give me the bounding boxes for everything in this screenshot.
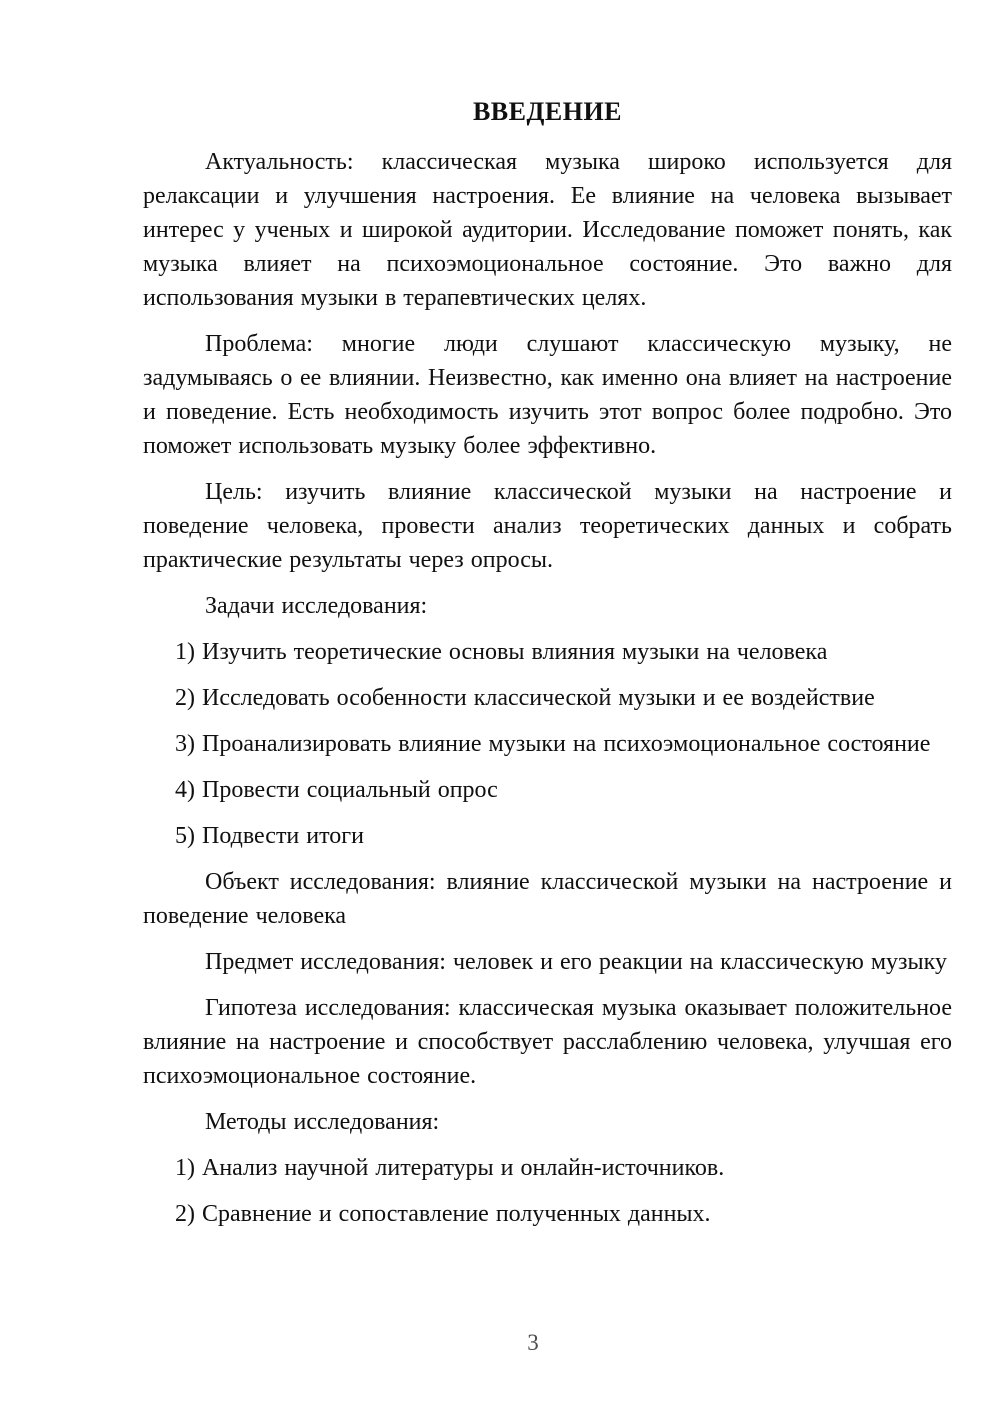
list-item-task-1: 1) Изучить теоретические основы влияния … bbox=[143, 635, 952, 669]
document-page: ВВЕДЕНИЕ Актуальность: классическая музы… bbox=[0, 0, 1000, 1414]
paragraph-problem: Проблема: многие люди слушают классическ… bbox=[143, 327, 952, 463]
paragraph-tasks-heading: Задачи исследования: bbox=[143, 589, 952, 623]
list-item-task-5: 5) Подвести итоги bbox=[143, 819, 952, 853]
list-item-task-4: 4) Провести социальный опрос bbox=[143, 773, 952, 807]
section-title: ВВЕДЕНИЕ bbox=[143, 97, 952, 127]
document-content: ВВЕДЕНИЕ Актуальность: классическая музы… bbox=[143, 97, 952, 1243]
paragraph-relevance: Актуальность: классическая музыка широко… bbox=[143, 145, 952, 315]
list-item-task-3: 3) Проанализировать влияние музыки на пс… bbox=[143, 727, 952, 761]
paragraph-methods-heading: Методы исследования: bbox=[143, 1105, 952, 1139]
paragraph-subject: Предмет исследования: человек и его реак… bbox=[143, 945, 952, 979]
list-item-method-2: 2) Сравнение и сопоставление полученных … bbox=[143, 1197, 952, 1231]
paragraph-goal: Цель: изучить влияние классической музык… bbox=[143, 475, 952, 577]
paragraph-object: Объект исследования: влияние классическо… bbox=[143, 865, 952, 933]
list-item-method-1: 1) Анализ научной литературы и онлайн-ис… bbox=[143, 1151, 952, 1185]
list-item-task-2: 2) Исследовать особенности классической … bbox=[143, 681, 952, 715]
paragraph-hypothesis: Гипотеза исследования: классическая музы… bbox=[143, 991, 952, 1093]
page-number: 3 bbox=[133, 1328, 933, 1358]
